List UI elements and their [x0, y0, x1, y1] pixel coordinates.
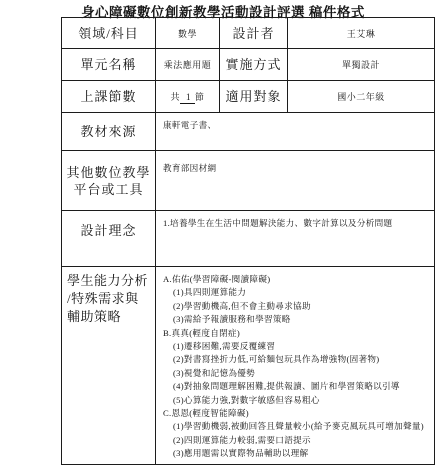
field-label-other-digital-tools: 其他數位教學 平台或工具	[62, 151, 156, 211]
analysis-line: (2)四則運算能力較弱,需要口語提示	[163, 434, 430, 447]
table-row: 設計理念 1.培養學生在生活中問題解決能力、數字計算以及分析問題	[62, 211, 435, 267]
field-value-implementation: 單獨設計	[288, 49, 435, 81]
table-row: 其他數位教學 平台或工具 教育部因材網	[62, 151, 435, 211]
analysis-line: (2)對書寫挫折力低,可給麵包玩具作為增強物(固著物)	[163, 353, 430, 366]
other-digital-tools-label-line1: 其他數位教學	[62, 164, 155, 181]
table-row: 學生能力分析 /特殊需求與 輔助策略 A.佑佑(學習障礙-閱讀障礙) (1)具四…	[62, 267, 435, 465]
student-analysis-label-line3: 輔助策略	[67, 308, 153, 326]
field-label-domain: 領域/科目	[62, 18, 156, 49]
analysis-line: C.恩恩(輕度智能障礙)	[163, 407, 430, 420]
analysis-line: (1)遷移困難,需要反覆練習	[163, 340, 430, 353]
analysis-line: A.佑佑(學習障礙-閱讀障礙)	[163, 273, 430, 286]
table-row: 領域/科目 數學 設計者 王艾琳	[62, 18, 435, 49]
field-label-unit-name: 單元名稱	[62, 49, 156, 81]
field-value-design-concept: 1.培養學生在生活中問題解決能力、數字計算以及分析問題	[156, 211, 435, 267]
field-label-implementation: 實施方式	[220, 49, 288, 81]
analysis-line: (4)對抽象問題理解困難,提供報讀、圖片和學習策略以引導	[163, 380, 430, 393]
field-label-target-audience: 適用對象	[220, 81, 288, 113]
field-label-material-source: 教材來源	[62, 113, 156, 151]
analysis-line: (2)學習動機高,但不會主動尋求協助	[163, 300, 430, 313]
analysis-line: (3)視覺和記憶為優勢	[163, 367, 430, 380]
analysis-line: (5)心算能力強,對數字敏感但容易粗心	[163, 394, 430, 407]
analysis-line: B.真真(輕度自閉症)	[163, 327, 430, 340]
field-label-class-periods: 上課節數	[62, 81, 156, 113]
periods-count-underlined: 1	[180, 92, 195, 104]
table-row: 單元名稱 乘法應用題 實施方式 單獨設計	[62, 49, 435, 81]
field-label-student-analysis: 學生能力分析 /特殊需求與 輔助策略	[62, 267, 156, 465]
other-digital-tools-label-line2: 平台或工具	[62, 181, 155, 198]
manuscript-format-table: 領域/科目 數學 設計者 王艾琳 單元名稱 乘法應用題 實施方式 單獨設計 上課…	[61, 17, 435, 465]
field-value-material-source: 康軒電子書、	[156, 113, 435, 151]
field-value-unit-name: 乘法應用題	[156, 49, 220, 81]
student-analysis-label-line1: 學生能力分析	[67, 272, 153, 290]
material-source-text: 康軒電子書、	[163, 119, 430, 132]
analysis-line: (3)應用題需以實際物品輔助以理解	[163, 447, 430, 460]
field-value-domain: 數學	[156, 18, 220, 49]
student-analysis-label-line2: /特殊需求與	[67, 290, 153, 308]
field-value-designer: 王艾琳	[288, 18, 435, 49]
field-label-designer: 設計者	[220, 18, 288, 49]
field-label-design-concept: 設計理念	[62, 211, 156, 267]
periods-suffix: 節	[195, 92, 205, 102]
periods-prefix: 共	[170, 92, 180, 102]
table-row: 上課節數 共1節 適用對象 國小二年級	[62, 81, 435, 113]
design-concept-text: 1.培養學生在生活中問題解決能力、數字計算以及分析問題	[163, 217, 430, 230]
document-page: 身心障礙數位創新教學活動設計評選 稿件格式 領域/科目 數學 設計者 王艾琳 單…	[0, 0, 446, 470]
analysis-line: (3)需給予報讀服務和學習策略	[163, 313, 430, 326]
field-value-student-analysis: A.佑佑(學習障礙-閱讀障礙) (1)具四則運算能力 (2)學習動機高,但不會主…	[156, 267, 435, 465]
other-digital-tools-text: 教育部因材網	[163, 162, 430, 175]
field-value-other-digital-tools: 教育部因材網	[156, 151, 435, 211]
analysis-line: (1)學習動機弱,被動回答且聲量較小(給予麥克風玩具可增加聲量)	[163, 420, 430, 433]
field-value-target-audience: 國小二年級	[288, 81, 435, 113]
field-value-class-periods: 共1節	[156, 81, 220, 113]
analysis-line: (1)具四則運算能力	[163, 286, 430, 299]
table-row: 教材來源 康軒電子書、	[62, 113, 435, 151]
